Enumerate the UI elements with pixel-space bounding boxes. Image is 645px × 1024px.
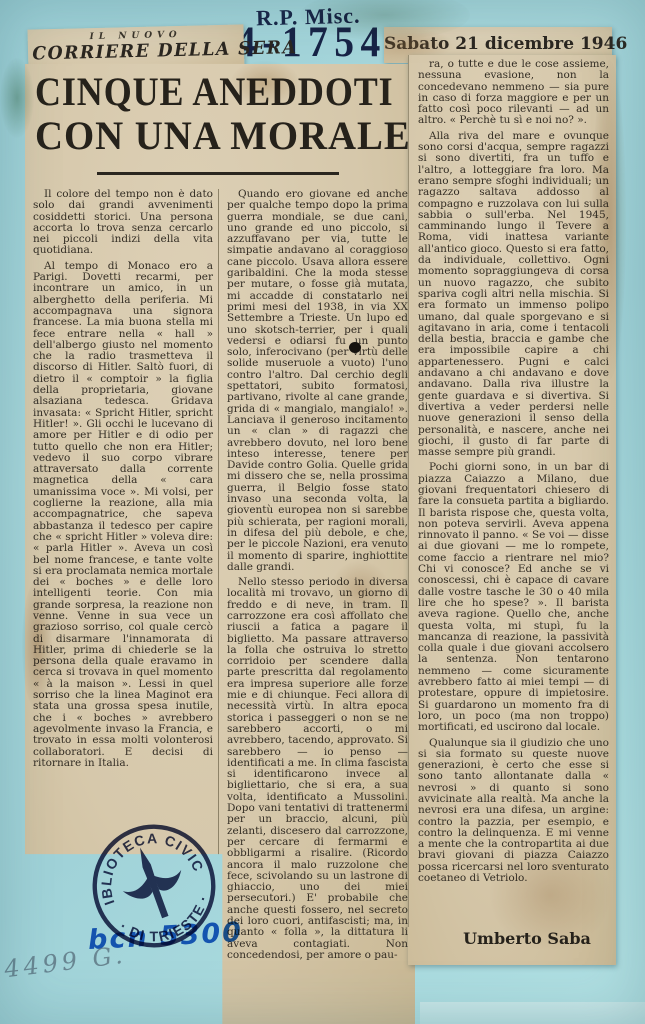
dateline-text: Sabato 21 dicembre 1946 <box>384 34 612 54</box>
article-paragraph: ra, o tutte e due le cose assieme, nessu… <box>418 59 609 127</box>
title-divider-rule <box>97 172 339 175</box>
article-column-3-clipping: ra, o tutte e due le cose assieme, nessu… <box>408 55 616 965</box>
article-column-2: Quando ero giovane ed anche per qualche … <box>218 189 414 1021</box>
article-paragraph: Quando ero giovane ed anche per qualche … <box>227 189 408 573</box>
article-title-line2: CON UNA MORALE <box>35 114 398 158</box>
article-paragraph: Al tempo di Monaco ero a Parigi. Dovetti… <box>33 261 213 769</box>
pencil-note: 4499 G. <box>3 941 128 984</box>
masthead-title: CORRIERE DELLA SERA <box>32 38 240 64</box>
article-title-line1: CINQUE ANEDDOTI <box>35 70 372 114</box>
article-paragraph: Pochi giorni sono, in un bar di piazza C… <box>418 462 609 733</box>
article-title: CINQUE ANEDDOTI CON UNA MORALE <box>35 70 409 158</box>
ink-blot <box>349 342 361 353</box>
article-byline: Umberto Saba <box>408 929 616 948</box>
scanned-clipping-page: R.P. Misc. 4-1754 IL NUOVO CORRIERE DELL… <box>0 0 645 1024</box>
article-column-3: ra, o tutte e due le cose assieme, nessu… <box>408 55 616 927</box>
article-paragraph: Nello stesso periodo in diversa località… <box>227 577 408 961</box>
article-paragraph: Qualunque sia il giudizio che uno si sia… <box>418 738 609 885</box>
article-paragraph: Alla riva del mare e ovunque sono corsi … <box>418 131 609 459</box>
paper-edge <box>420 1002 645 1024</box>
article-paragraph: Il colore del tempo non è dato solo dai … <box>33 189 213 257</box>
